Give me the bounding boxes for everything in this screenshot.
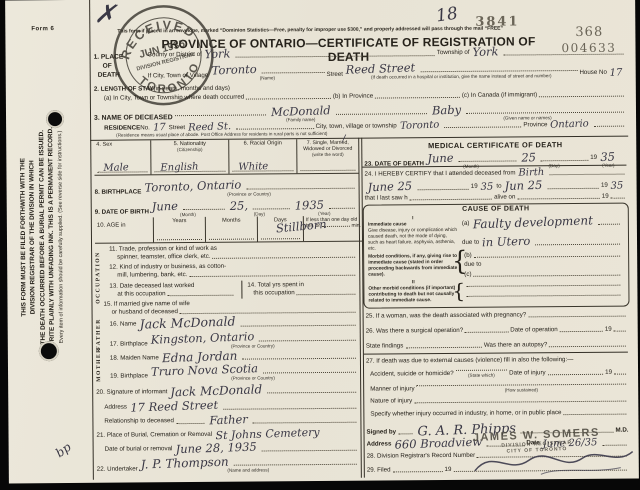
- dots: [548, 373, 604, 375]
- sex-label: 4. Sex: [96, 141, 148, 147]
- injury-year-prefix: 19: [605, 369, 612, 377]
- certify-to-date: Jun 25: [504, 180, 542, 193]
- informant-signature-line: 20. Signature of informant Jack McDonald: [96, 384, 358, 397]
- operation-line: 26. Was there a surgical operation? Date…: [366, 326, 628, 336]
- dots: [611, 197, 625, 199]
- dod-year-value: 35: [600, 152, 615, 164]
- burial-date-label: Date of burial or removal: [105, 446, 173, 455]
- dots: [213, 256, 356, 259]
- certify-to-year: 35: [611, 181, 624, 191]
- brace-other: {: [452, 279, 465, 303]
- signed-by-label: Signed by: [366, 428, 396, 436]
- dots: [246, 97, 331, 100]
- hole-punch-top: [46, 110, 64, 128]
- dots: [336, 112, 427, 115]
- mother-birthplace-label: 19. Birthplace: [110, 373, 148, 381]
- informant-address-line: Address 17 Reed Street: [104, 400, 358, 412]
- cause-of-death-box: CAUSE OF DEATH I Immediate cause Give di…: [363, 203, 630, 309]
- field2-label: 2. LENGTH OF STAY: [94, 85, 154, 94]
- residence-street-label: Street: [169, 124, 186, 132]
- alive-year-prefix: 19: [602, 193, 609, 201]
- racial-origin-label: 6. Racial Origin: [231, 140, 294, 146]
- dots: [259, 338, 356, 341]
- field13-14-divider: [241, 281, 242, 299]
- nature-line: Nature of injury: [370, 396, 628, 406]
- nationality-sublabel: (Citizenship): [153, 147, 226, 153]
- cause-c-line: (c): [464, 270, 622, 279]
- field12-line2: mill, lumbering, bank, etc.: [117, 270, 357, 280]
- medical-certificate-title: MEDICAL CERTIFICATE OF DEATH: [364, 140, 626, 151]
- dob-label: 9. DATE OF BIRTH: [95, 209, 149, 218]
- death-certificate-document: Form 6 THIS FORM MUST BE FILED FORTHWITH…: [5, 0, 639, 483]
- cause-dueto2-line: due to: [464, 261, 481, 269]
- undertaker-line: 22. Undertaker J. P. Thompson (Name and …: [97, 456, 359, 474]
- dots: [458, 159, 516, 161]
- dots: [297, 293, 356, 295]
- cause-b-line: (b): [464, 251, 622, 260]
- dots: [261, 70, 324, 72]
- autopsy-label: Was there an autopsy?: [484, 341, 547, 350]
- state-which-note: (State which): [454, 373, 510, 378]
- field11-label2: spinner, teamster, office clerk, etc.: [117, 253, 210, 262]
- dots: [393, 470, 443, 472]
- dots: [474, 255, 620, 258]
- certify-label: 24. I HEREBY CERTIFY that I attended dec…: [364, 169, 515, 178]
- informant-label: 20. Signature of informant: [96, 388, 167, 397]
- cause-a-label: (a): [462, 220, 470, 228]
- dots: [240, 323, 355, 326]
- dots: [594, 125, 624, 127]
- dots: [517, 197, 599, 200]
- field1-county-line: County or District of York Township of Y…: [148, 46, 626, 60]
- signature-stroke: [475, 452, 633, 471]
- informant-address-label: Address: [104, 404, 127, 412]
- dots: [466, 110, 624, 113]
- cause-notes-column: I Immediate cause Give disease, injury o…: [368, 216, 459, 304]
- dots: [539, 95, 624, 98]
- dots: [252, 420, 356, 423]
- birthplace-label: 8. BIRTHPLACE: [95, 189, 142, 197]
- father-birthplace-line: 17. Birthplace Kingston, Ontario (Provin…: [110, 332, 358, 349]
- cause-c-label: (c): [464, 271, 471, 279]
- mother-name-label: 18. Maiden Name: [110, 354, 159, 363]
- city-value: Toronto: [211, 64, 256, 77]
- last-saw-line: that I last saw h alive on 19: [365, 193, 627, 203]
- last-saw-label: that I last saw h: [365, 194, 408, 202]
- sex-cell: 4. Sex Male: [94, 140, 150, 174]
- injury-date-label: Date of injury: [509, 369, 546, 377]
- racial-origin-cell: 6. Racial Origin White: [228, 139, 296, 174]
- residence-label: RESIDENCE: [104, 124, 140, 132]
- dots: [242, 357, 356, 360]
- how-sustained-note: (How sustained): [415, 387, 629, 394]
- age-min-label: min.: [351, 223, 360, 229]
- pregnancy-line: 25. If a woman, was the death associated…: [366, 311, 628, 321]
- dots: [614, 373, 626, 375]
- margin-instructions: THIS FORM MUST BE FILED FORTHWITH WITH T…: [17, 22, 84, 452]
- certify-to-label: to: [496, 183, 501, 191]
- dod-month-value: June: [427, 153, 454, 165]
- findings-line: State findings Was there an autopsy?: [366, 341, 628, 351]
- sex-nationality-grid: 4. Sex Male 5. Nationality (Citizenship)…: [94, 139, 358, 176]
- burial-place-line: 21. Place of Burial, Cremation or Remova…: [96, 428, 358, 440]
- burial-place-value: St Johns Cemetery: [215, 427, 319, 442]
- street-label: Street: [326, 71, 343, 79]
- dots: [420, 68, 577, 71]
- dots: [175, 113, 266, 116]
- field1-label-line2: OF: [94, 62, 124, 71]
- field2-heading: 2. LENGTH OF STAY (in years, months and …: [94, 85, 230, 94]
- marital-status-cell: 7. Single, Married, Widowed or Divorced …: [296, 139, 358, 173]
- dots: [236, 54, 435, 58]
- dod-day-value: 25: [521, 152, 536, 164]
- external-causes-label: 27. If death was due to external causes …: [366, 356, 573, 366]
- house-value: 17: [610, 68, 623, 78]
- dots: [176, 421, 204, 423]
- age-years-cell: Years: [153, 217, 205, 242]
- cause-dueto1-value: in Utero: [482, 236, 531, 249]
- age-years-label: Years: [156, 218, 203, 224]
- dots: [375, 96, 460, 99]
- manner-label: Manner of injury: [370, 385, 414, 393]
- cause-dueto1-line: due to in Utero: [462, 236, 622, 248]
- informant-value: Jack McDonald: [170, 383, 262, 398]
- dots: [417, 383, 627, 387]
- burial-date-line: Date of burial or removal June 28, 1935: [105, 442, 359, 454]
- dots: [541, 158, 589, 160]
- dots: [157, 239, 202, 240]
- stamped-registration-number: 3841: [475, 14, 519, 29]
- county-value: York: [205, 48, 231, 60]
- hole-punch-bottom: [39, 341, 59, 361]
- field13-line2: at this occupation: [117, 290, 235, 299]
- field1-label-line3: DEATH: [94, 71, 124, 80]
- informant-relationship-line: Relationship to deceased Father: [104, 414, 358, 426]
- certify-from-year: 35: [481, 182, 494, 192]
- cause-a-value: Faulty development: [472, 214, 592, 230]
- racial-origin-value: White: [238, 162, 268, 173]
- father-side-label: FATHER: [96, 320, 106, 350]
- dob-year-value: 1935: [295, 200, 325, 212]
- dots: [300, 170, 355, 171]
- dots: [528, 315, 625, 318]
- age-grid: 10. AGE in Years Months Days If less tha…: [95, 216, 363, 244]
- field2-sublabel: (in years, months and days): [154, 85, 230, 94]
- residence-province-label: Province: [523, 121, 547, 129]
- age-label-cell: 10. AGE in: [95, 217, 153, 242]
- pen-mark-18: 18: [435, 6, 459, 26]
- dots: [614, 330, 626, 332]
- certify-dates-line: June 25 19 35 to Jun 25 19 35: [365, 180, 627, 193]
- specify-label: Specify whether injury occurred in indus…: [370, 409, 561, 419]
- external-causes-heading: 27. If death was due to external causes …: [366, 356, 573, 366]
- dots: [504, 52, 624, 55]
- certify-from-date: June 25: [367, 181, 412, 194]
- dots: [236, 127, 314, 130]
- nature-label: Nature of injury: [370, 397, 412, 405]
- marital-label-3: (write the word): [299, 152, 356, 157]
- pregnancy-label: 25. If a woman, was the death associated…: [366, 311, 527, 320]
- other-morbid-line1: [464, 284, 622, 289]
- residence-note: (Residence means usual place of abode. P…: [116, 130, 416, 137]
- nationality-cell: 5. Nationality (Citizenship) English: [150, 140, 228, 175]
- father-birthplace-label: 17. Birthplace: [110, 341, 148, 349]
- signature-underline-stroke: [541, 468, 621, 475]
- date-of-birth-line: 9. DATE OF BIRTH June (Month) 25, (Day) …: [95, 200, 357, 218]
- certify-line: 24. I HEREBY CERTIFY that I attended dec…: [364, 168, 626, 179]
- dots: [223, 406, 356, 409]
- age-months-cell: Months: [205, 217, 257, 242]
- dots: [444, 125, 522, 128]
- age-label: 10. AGE in: [97, 218, 151, 228]
- dots: [267, 391, 356, 394]
- father-name-line: 16. Name Jack McDonald: [110, 316, 358, 329]
- informant-address-value: 17 Reed Street: [130, 400, 218, 414]
- other-morbid-note: Other morbid conditions (if important) c…: [368, 286, 458, 305]
- certify-to-year-prefix: 19: [601, 182, 608, 190]
- field12-label2: mill, lumbering, bank, etc.: [117, 271, 187, 280]
- certify-from-year-prefix: 19: [471, 183, 478, 191]
- dots: [466, 294, 620, 297]
- dots: [183, 207, 225, 209]
- father-name-value: Jack McDonald: [139, 315, 235, 331]
- township-value: York: [472, 46, 498, 58]
- dots: [405, 346, 482, 349]
- dob-day-value: 25,: [230, 200, 249, 212]
- dots: [398, 432, 412, 434]
- residence-no-label: No.: [140, 124, 150, 132]
- city-label: If City, Town or Village: [148, 72, 209, 81]
- street-value: Reed Street: [346, 62, 416, 76]
- mother-name-line: 18. Maiden Name Edna Jordan: [110, 350, 358, 363]
- dots: [547, 186, 599, 188]
- alive-on-label: alive on: [494, 193, 515, 201]
- other-morbid-line2: [464, 294, 622, 299]
- dots: [246, 186, 354, 189]
- dob-month-value: June: [152, 201, 179, 213]
- immediate-cause-note: Give disease, injury or complication whi…: [368, 228, 458, 253]
- marital-value: ∕: [342, 135, 346, 145]
- relationship-label: Relationship to deceased: [104, 418, 174, 427]
- field13-label2: at this occupation: [117, 290, 165, 299]
- dots: [549, 345, 626, 348]
- dots: [563, 413, 626, 415]
- dots: [189, 274, 355, 277]
- dots: [329, 206, 355, 208]
- field14-label2: this occupation: [253, 289, 294, 297]
- field2b-label: (b) In Province: [333, 93, 373, 101]
- sex-value: Male: [103, 163, 129, 174]
- township-label: Township of: [437, 49, 470, 57]
- mother-side-label: MOTHER: [96, 354, 106, 382]
- county-label: County or District of: [148, 51, 202, 60]
- cause-of-death-title: CAUSE OF DEATH: [364, 205, 628, 214]
- dod-label: 23. DATE OF DEATH: [364, 161, 424, 170]
- operation-date-label: Date of operation: [510, 326, 558, 334]
- family-name-value: McDonald: [271, 105, 331, 119]
- given-name-value: Baby: [432, 105, 462, 117]
- undertaker-label: 22. Undertaker: [97, 465, 138, 473]
- burial-place-label: 21. Place of Burial, Cremation or Remova…: [97, 431, 213, 440]
- dots: [536, 242, 621, 245]
- findings-label: State findings: [366, 342, 404, 350]
- filed-label: 29. Filed: [367, 466, 391, 474]
- dots: [560, 330, 603, 332]
- dots: [261, 238, 300, 239]
- dots: [234, 463, 357, 466]
- dots: [410, 198, 492, 201]
- cause-a-line: (a) Faulty development: [462, 216, 622, 228]
- undertaker-value: J. P. Thompson: [141, 456, 229, 471]
- dots: [598, 223, 620, 225]
- morbid-conditions-note: Morbid conditions, if any, giving rise t…: [368, 254, 458, 279]
- rule-above-27: [364, 352, 628, 355]
- residence-province-value: Ontario: [550, 119, 589, 130]
- father-name-label: 16. Name: [110, 321, 137, 329]
- dots: [474, 274, 621, 277]
- dots: [209, 239, 254, 240]
- relationship-value: Father: [209, 414, 248, 427]
- field2a-label: (a) In City, Town or Township where deat…: [104, 94, 244, 103]
- house-label: House No: [579, 69, 607, 77]
- operation-label: 26. Was there a surgical operation?: [366, 327, 464, 336]
- field1-label: 1. PLACE OF DEATH: [94, 54, 124, 81]
- dots: [168, 294, 234, 297]
- mother-birthplace-line: 19. Birthplace Truro Nova Scotia (Provin…: [110, 364, 358, 381]
- specify-line: Specify whether injury occurred in indus…: [370, 409, 628, 419]
- dots: [417, 187, 469, 189]
- field1-label-line1: 1. PLACE: [94, 54, 124, 63]
- dod-year-prefix: 19: [590, 154, 597, 162]
- stamped-series-number: 368: [575, 25, 603, 40]
- birthplace-line: 8. BIRTHPLACE Toronto, Ontario (Province…: [95, 180, 357, 198]
- field2c-label: (c) In Canada (if immigrant): [462, 91, 537, 100]
- burial-date-value: June 28, 1935: [175, 441, 256, 455]
- dots: [262, 448, 357, 451]
- field1-city-line: If City, Town or Village Toronto (Name) …: [148, 62, 626, 81]
- accident-label: Accident, suicide or homicide?: [370, 370, 454, 379]
- dots: [456, 369, 508, 371]
- registrar-signature-scribble: [471, 444, 637, 479]
- dots: [466, 284, 620, 287]
- filed-year-prefix: 19: [445, 466, 452, 474]
- physician-address-label: Address: [367, 441, 392, 449]
- accident-line: Accident, suicide or homicide? (State wh…: [370, 368, 628, 379]
- age-months-label: Months: [208, 218, 255, 224]
- dots: [465, 331, 508, 333]
- nationality-value: English: [160, 162, 198, 173]
- dots: [414, 400, 626, 404]
- occupation-side-label: OCCUPATION: [95, 247, 105, 309]
- dots: [549, 173, 624, 176]
- cause-dueto2-label: due to: [464, 261, 481, 269]
- cause-b-label: (b): [464, 252, 472, 260]
- manner-line: Manner of injury (How sustained): [370, 383, 628, 394]
- dots: [263, 370, 356, 373]
- operation-year-prefix: 19: [605, 326, 612, 334]
- field11-line2: spinner, teamster, office clerk, etc.: [117, 252, 357, 262]
- dots: [253, 207, 290, 209]
- field14-line2: this occupation: [253, 289, 357, 298]
